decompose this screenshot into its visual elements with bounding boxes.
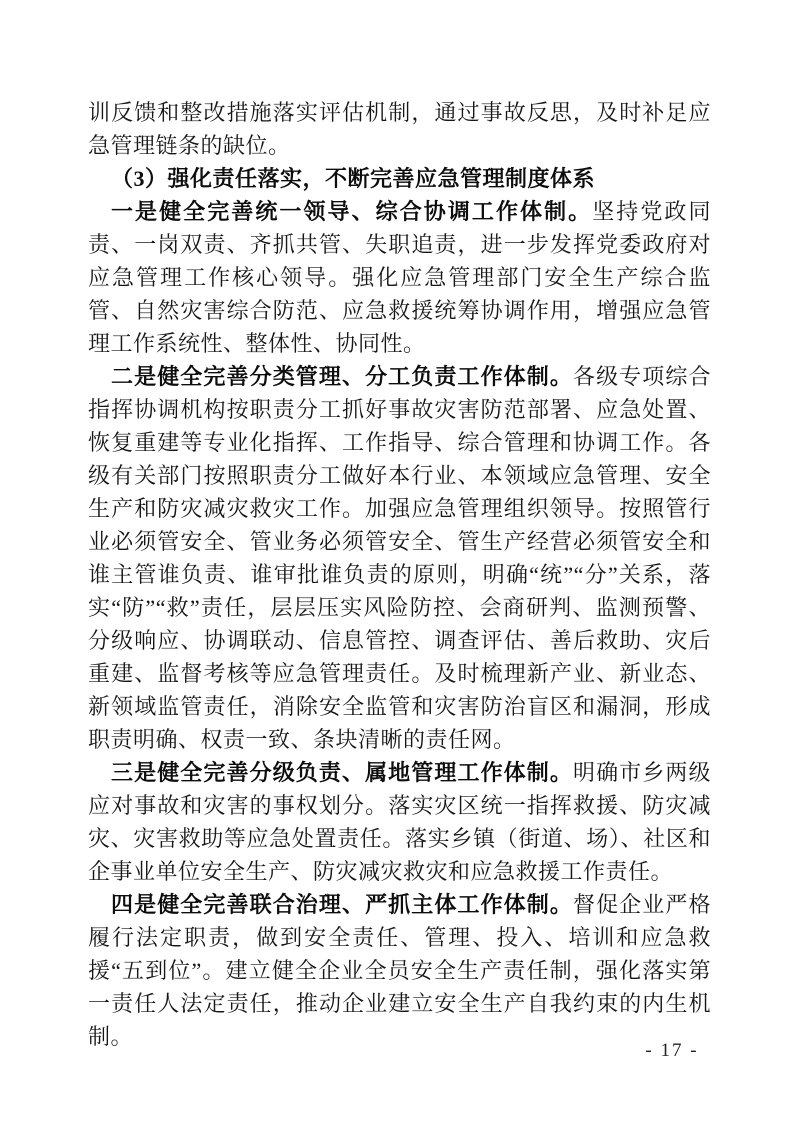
paragraph-point-4: 四是健全完善联合治理、严抓主体工作体制。督促企业严格履行法定职责，做到安全责任、… — [88, 888, 711, 1053]
section-heading: （3）强化责任落实，不断完善应急管理制度体系 — [88, 162, 711, 195]
paragraph-text: 各级专项综合指挥协调机构按职责分工抓好事故灾害防范部署、应急处置、恢复重建等专业… — [88, 364, 711, 752]
paragraph-point-2: 二是健全完善分类管理、分工负责工作体制。各级专项综合指挥协调机构按职责分工抓好事… — [88, 360, 711, 756]
paragraph-lead: 一是健全完善统一领导、综合协调工作体制。 — [111, 199, 592, 224]
paragraph-continuation: 训反馈和整改措施落实评估机制，通过事故反思，及时补足应急管理链条的缺位。 — [88, 96, 711, 162]
section-heading-text: （3）强化责任落实，不断完善应急管理制度体系 — [111, 166, 595, 191]
page-number: - 17 - — [630, 1040, 714, 1062]
paragraph-point-1: 一是健全完善统一领导、综合协调工作体制。坚持党政同责、一岗双责、齐抓共管、失职追… — [88, 195, 711, 360]
document-page: 训反馈和整改措施落实评估机制，通过事故反思，及时补足应急管理链条的缺位。 （3）… — [0, 0, 793, 1122]
paragraph-lead: 二是健全完善分类管理、分工负责工作体制。 — [111, 364, 573, 389]
document-body: 训反馈和整改措施落实评估机制，通过事故反思，及时补足应急管理链条的缺位。 （3）… — [88, 96, 711, 1053]
paragraph-lead: 四是健全完善联合治理、严抓主体工作体制。 — [111, 892, 573, 917]
paragraph-text: 训反馈和整改措施落实评估机制，通过事故反思，及时补足应急管理链条的缺位。 — [88, 100, 711, 158]
paragraph-point-3: 三是健全完善分级负责、属地管理工作体制。明确市乡两级应对事故和灾害的事权划分。落… — [88, 756, 711, 888]
paragraph-lead: 三是健全完善分级负责、属地管理工作体制。 — [111, 760, 573, 785]
